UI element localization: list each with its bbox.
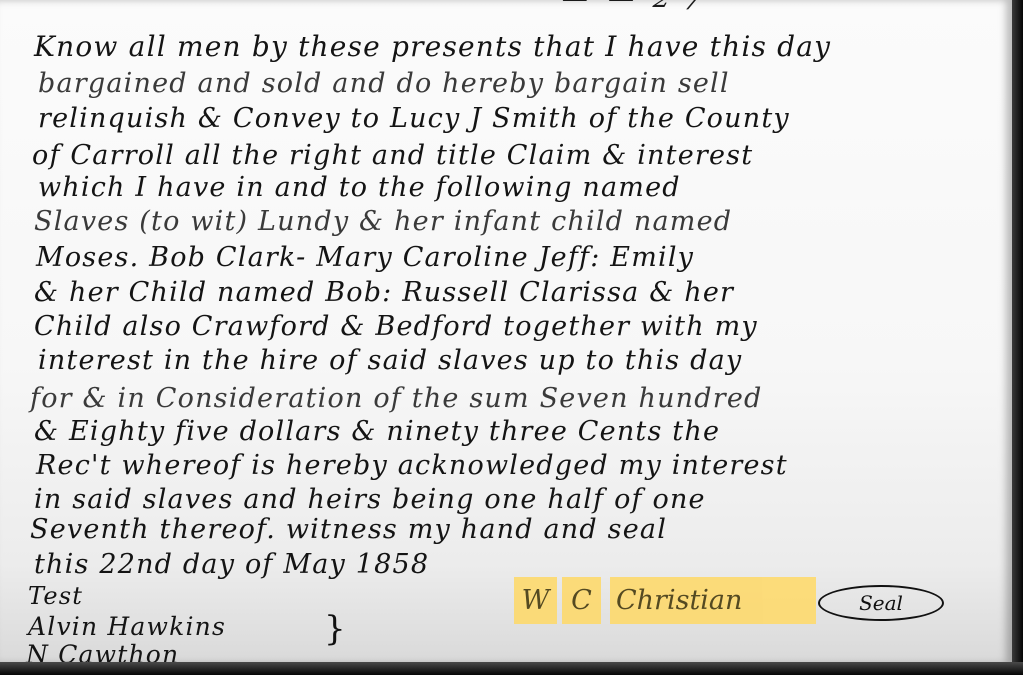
text-line-16: this 22nd day of May 1858 — [34, 549, 429, 580]
text-line-7: Moses. Bob Clark- Mary Caroline Jeff: Em… — [36, 242, 694, 273]
text-line-1: Know all men by these presents that I ha… — [34, 30, 831, 63]
text-line-2: bargained and sold and do hereby bargain… — [38, 68, 730, 99]
witness-1: Alvin Hawkins — [28, 612, 226, 641]
text-line-10: interest in the hire of said slaves up t… — [38, 345, 742, 376]
scan-right-border — [1012, 0, 1023, 675]
text-line-6: Slaves (to wit) Lundy & her infant child… — [34, 206, 732, 237]
text-line-3: relinquish & Convey to Lucy J Smith of t… — [38, 103, 790, 134]
text-line-8: & her Child named Bob: Russell Clarissa … — [34, 277, 734, 308]
scanned-page: ⁀ ⁀ — — 2 / Know all men by these presen… — [0, 0, 1012, 664]
attest-label: Test — [28, 582, 83, 610]
text-line-13: Rec't whereof is hereby acknowledged my … — [36, 450, 788, 481]
text-line-4: of Carroll all the right and title Claim… — [32, 140, 753, 171]
scan-bottom-border — [0, 662, 1023, 675]
signature-initial-c[interactable]: C — [562, 577, 601, 624]
document-viewer: ⁀ ⁀ — — 2 / Know all men by these presen… — [0, 0, 1023, 675]
witness-bracket: } — [324, 612, 346, 646]
seal-label: Seal — [859, 591, 903, 615]
signature-highlight[interactable]: W C Christian — [514, 577, 816, 624]
signature-surname[interactable]: Christian — [610, 577, 816, 624]
text-line-12: & Eighty five dollars & ninety three Cen… — [34, 416, 720, 447]
seal-mark: Seal — [818, 585, 944, 621]
text-line-15: Seventh thereof. witness my hand and sea… — [30, 514, 667, 545]
text-line-5: which I have in and to the following nam… — [38, 172, 681, 203]
text-line-11: for & in Consideration of the sum Seven … — [30, 383, 763, 414]
text-line-14: in said slaves and heirs being one half … — [34, 484, 706, 515]
header-fragment: ⁀ ⁀ — — 2 / — [475, 0, 711, 14]
signature-initial-w[interactable]: W — [514, 577, 557, 624]
text-line-9: Child also Crawford & Bedford together w… — [34, 311, 758, 342]
